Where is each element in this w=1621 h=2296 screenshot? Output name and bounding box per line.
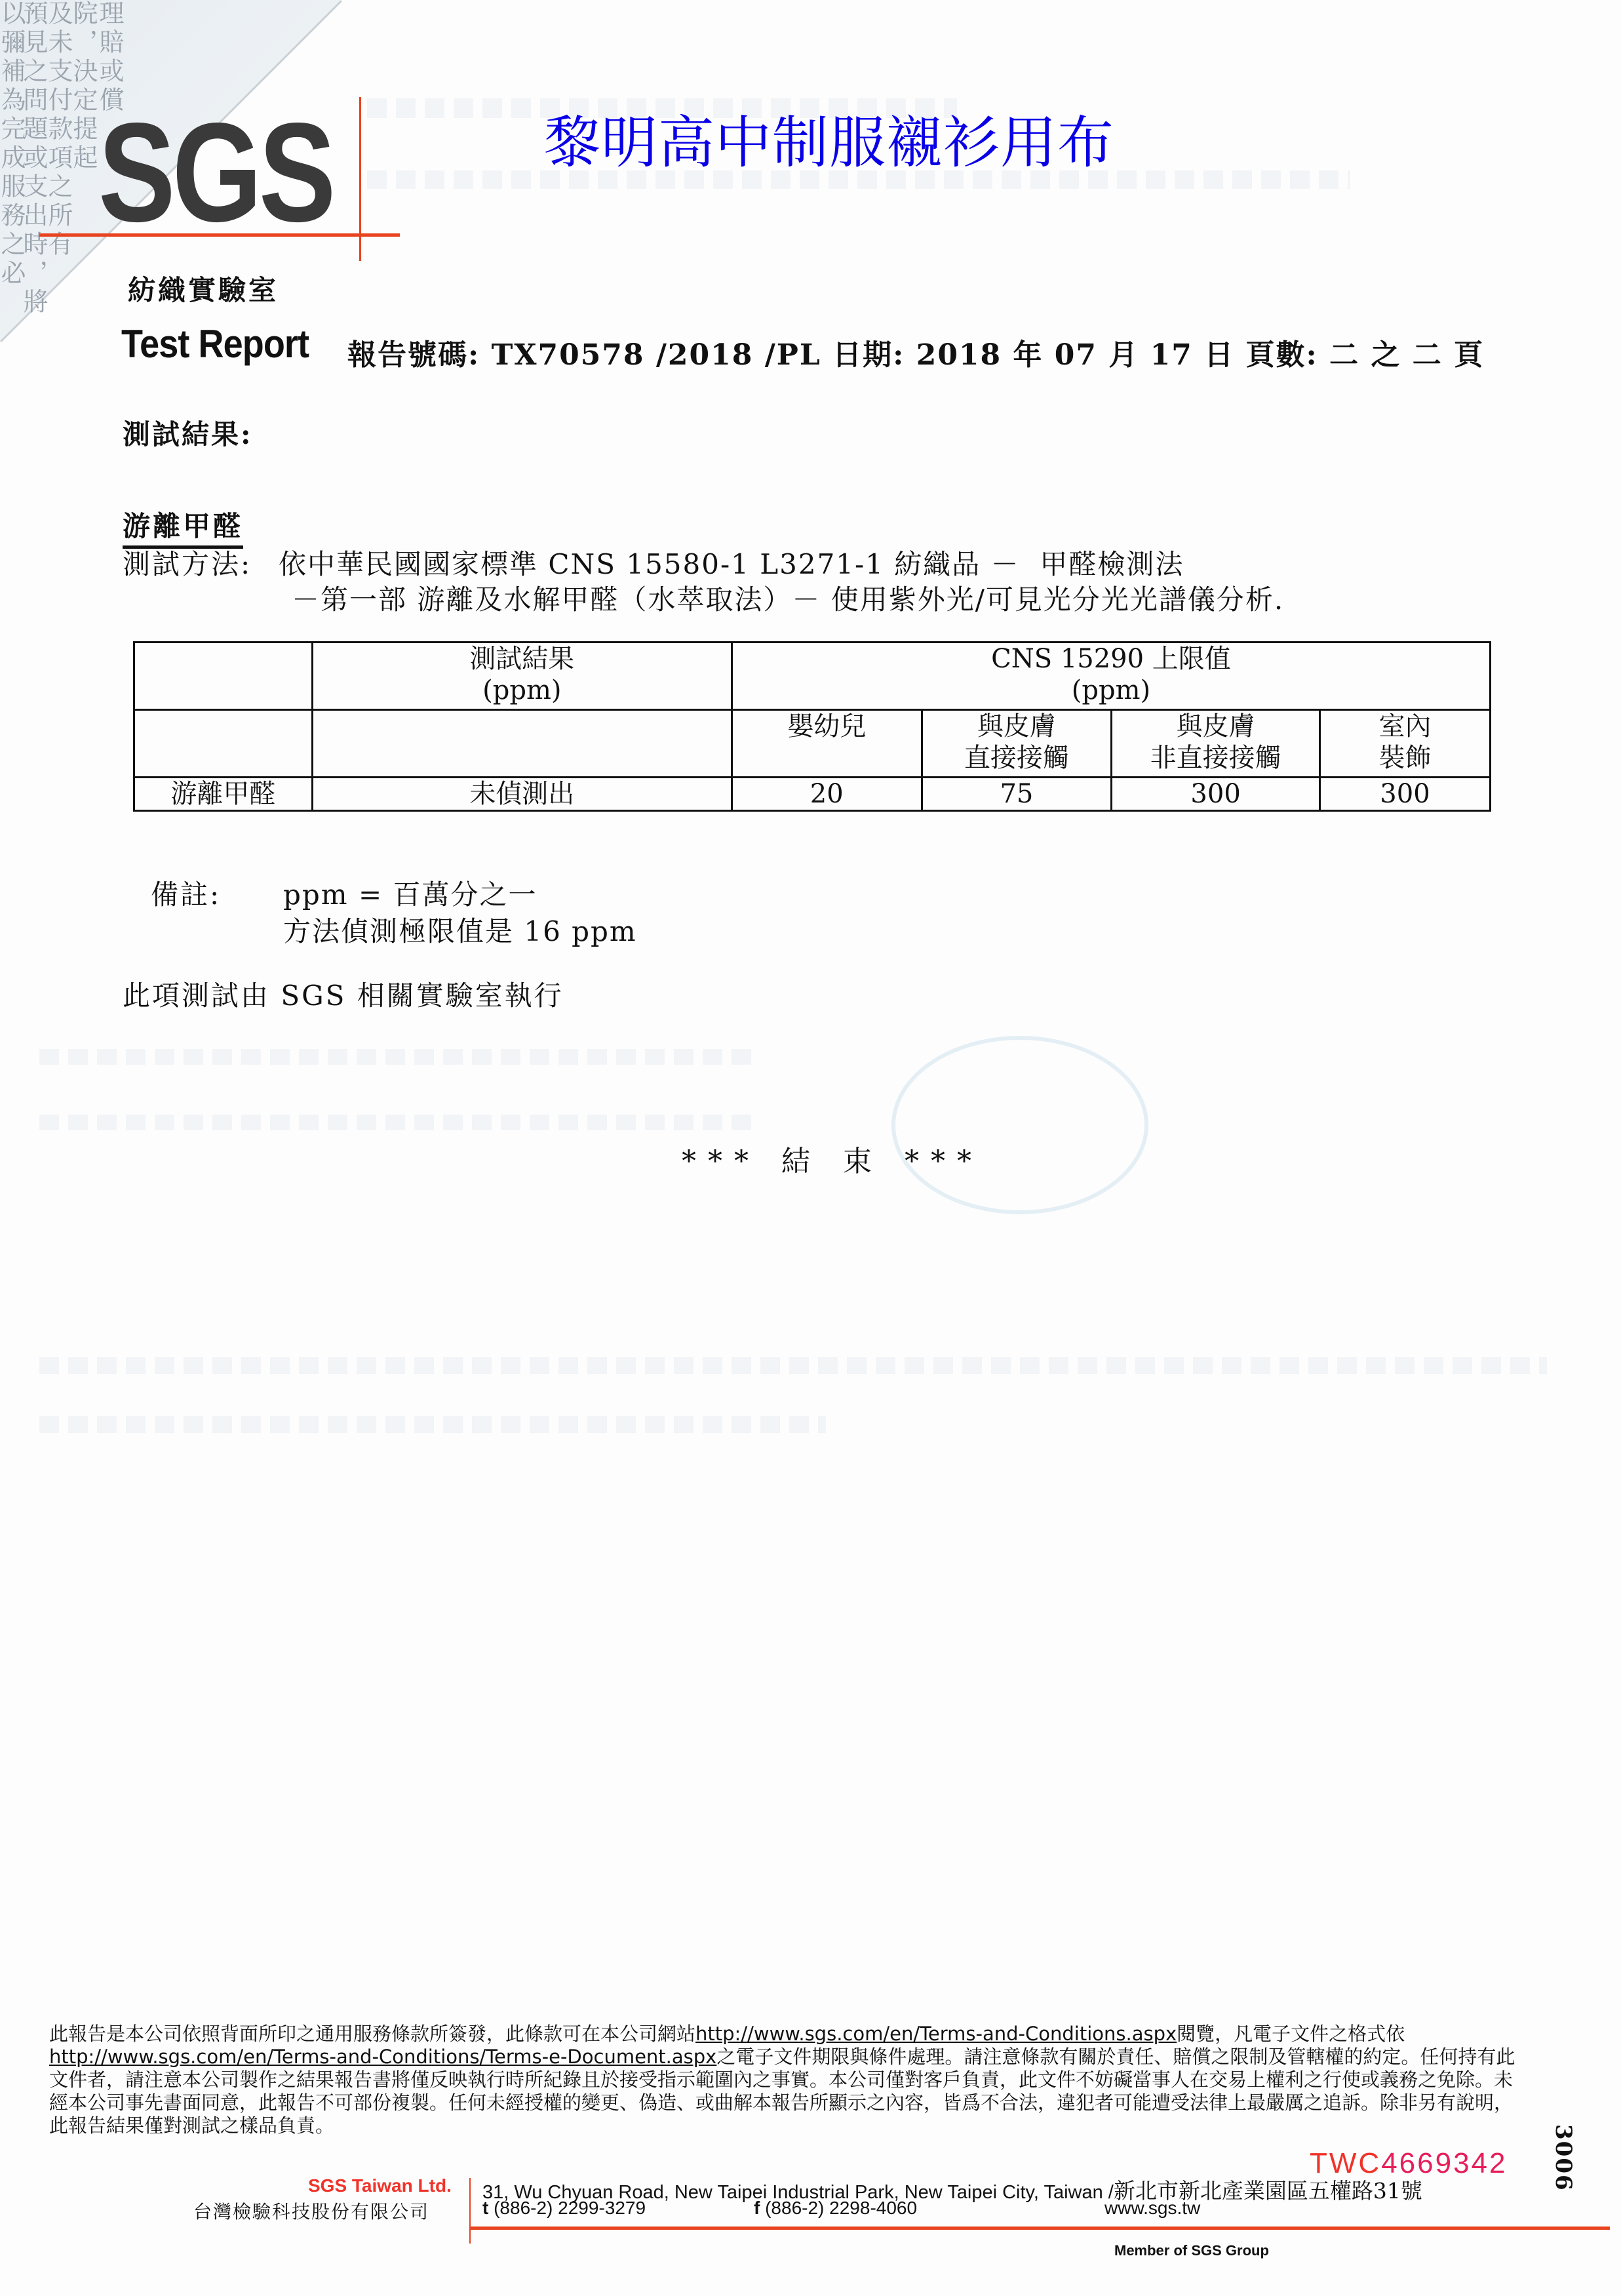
row-result: 未偵測出 bbox=[312, 778, 732, 811]
fax: f (886-2) 2298-4060 bbox=[754, 2198, 917, 2219]
report-number-label: 報告號碼: bbox=[347, 338, 480, 372]
report-title: Test Report bbox=[121, 321, 309, 366]
date-label: 日期: bbox=[832, 338, 905, 372]
table-row: 游離甲醛 未偵測出 20 75 300 300 bbox=[134, 778, 1491, 811]
limit-category: 室內 裝飾 bbox=[1319, 710, 1490, 778]
company-name-en: SGS Taiwan Ltd. bbox=[308, 2175, 452, 2196]
row-item: 游離甲醛 bbox=[134, 778, 313, 811]
watermark-stamp bbox=[891, 1036, 1148, 1214]
company-name-zh: 台灣檢驗科技股份有限公司 bbox=[193, 2198, 429, 2224]
report-meta: 報告號碼: TX70578 /2018 /PL 日期: 2018 年 07 月 … bbox=[347, 331, 1484, 373]
report-date: 2018 年 07 月 17 日 bbox=[916, 338, 1235, 372]
remarks-label: 備註: bbox=[151, 873, 221, 913]
results-heading: 測試結果: bbox=[123, 413, 253, 452]
legal-disclaimer: 此報告是本公司依照背面所印之通用服務條款所簽發，此條款可在本公司網站http:/… bbox=[49, 2023, 1524, 2137]
website-link[interactable]: www.sgs.tw bbox=[1104, 2198, 1200, 2219]
side-number: 3006 bbox=[1550, 2124, 1576, 2192]
footer-rule bbox=[469, 2227, 1610, 2230]
terms-link[interactable]: http://www.sgs.com/en/Terms-and-Conditio… bbox=[695, 2023, 1177, 2045]
bleed-through-text bbox=[39, 1416, 826, 1433]
table-cell-empty bbox=[312, 710, 732, 778]
row-limit: 300 bbox=[1112, 778, 1320, 811]
remark: 方法偵測極限值是 16 ppm bbox=[283, 910, 637, 949]
e-document-terms-link[interactable]: http://www.sgs.com/en/Terms-and-Conditio… bbox=[49, 2046, 716, 2068]
row-limit: 300 bbox=[1319, 778, 1490, 811]
sgs-logo: SGS bbox=[98, 102, 333, 243]
limit-category: 與皮膚 非直接接觸 bbox=[1112, 710, 1320, 778]
header-limit: CNS 15290 上限值 (ppm) bbox=[732, 643, 1490, 710]
page-count: 二 之 二 頁 bbox=[1329, 338, 1484, 372]
test-subject: 游離甲醛 bbox=[123, 505, 243, 549]
method-description-cont: －第一部 游離及水解甲醛（水萃取法）－ 使用紫外光/可見光分光光譜儀分析. bbox=[292, 578, 1284, 618]
handwritten-annotation: 黎明高中制服襯衫用布 bbox=[544, 97, 1114, 178]
bleed-through-text bbox=[39, 1357, 1547, 1374]
bleed-through-text bbox=[39, 1049, 760, 1065]
footer-divider bbox=[469, 2178, 471, 2244]
lab-note: 此項測試由 SGS 相關實驗室執行 bbox=[123, 974, 564, 1014]
end-of-report: *** 結 束 *** bbox=[682, 1138, 983, 1179]
report-number: TX70578 /2018 /PL bbox=[492, 338, 821, 372]
fold-text: 以彌補為完成服務之必 bbox=[0, 0, 29, 288]
method-label: 測試方法: bbox=[123, 543, 252, 582]
results-table: 測試結果 (ppm) CNS 15290 上限值 (ppm) 嬰幼兒 與皮膚 直… bbox=[133, 641, 1491, 812]
table-cell-empty bbox=[134, 643, 313, 710]
remark: ppm = 百萬分之一 bbox=[283, 873, 537, 913]
phone: t (886-2) 2299-3279 bbox=[482, 2198, 646, 2219]
bleed-through-text bbox=[39, 1115, 760, 1130]
row-limit: 75 bbox=[922, 778, 1112, 811]
table-cell-empty bbox=[134, 710, 313, 778]
limit-category: 嬰幼兒 bbox=[732, 710, 922, 778]
lab-name: 紡織實驗室 bbox=[128, 269, 279, 308]
header-result: 測試結果 (ppm) bbox=[312, 643, 732, 710]
row-limit: 20 bbox=[732, 778, 922, 811]
limit-category: 與皮膚 直接接觸 bbox=[922, 710, 1112, 778]
member-note: Member of SGS Group bbox=[1114, 2242, 1269, 2259]
page-label: 頁數: bbox=[1246, 338, 1318, 372]
method-description: 依中華民國國家標準 CNS 15580-1 L3271-1 紡織品 － 甲醛檢測… bbox=[279, 543, 1184, 582]
